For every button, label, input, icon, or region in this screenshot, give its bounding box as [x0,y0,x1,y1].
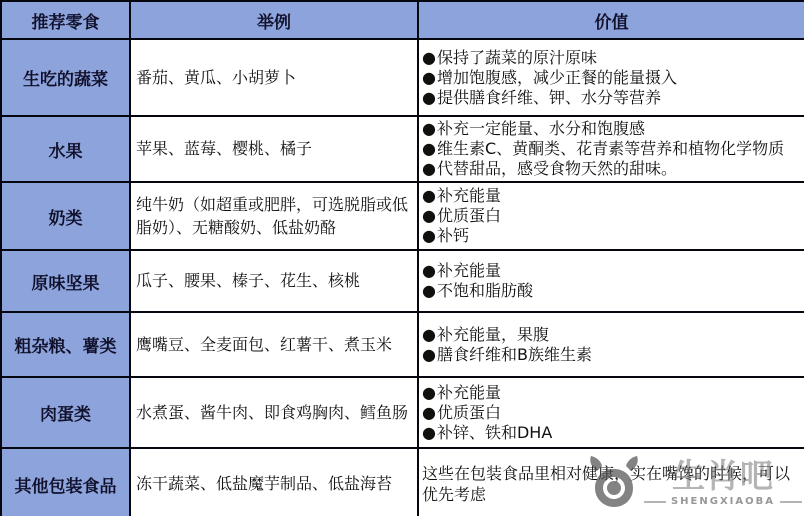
table-row: 其他包装食品 冻干蔬菜、低盐魔芋制品、低盐海苔 这些在包装食品里相对健康，实在嘴… [1,448,804,516]
category-label: 其他包装食品 [15,477,117,497]
value-item: ●补锌、铁和DHA [422,423,802,443]
value-item: ●膳食纤维和B族维生素 [422,345,802,365]
category-cell: 奶类 [1,182,130,250]
values-cell: ●补充能量●不饱和脂肪酸 [418,250,804,312]
table-row: 原味坚果 瓜子、腰果、榛子、花生、核桃 ●补充能量●不饱和脂肪酸 [1,250,804,312]
header-value: 价值 [418,1,804,39]
bullet-icon: ● [422,261,436,280]
bullet-icon: ● [422,206,436,225]
bullet-icon: ● [422,159,436,178]
value-item: ●维生素C、黄酮类、花青素等营养和植物化学物质 [422,139,802,159]
bullet-icon: ● [422,325,436,344]
examples-cell: 瓜子、腰果、榛子、花生、核桃 [130,250,418,312]
examples-text: 冻干蔬菜、低盐魔芋制品、低盐海苔 [136,474,392,493]
value-item: ●补充能量 [422,261,802,281]
examples-cell: 水煮蛋、酱牛肉、即食鸡胸肉、鳕鱼肠 [130,377,418,448]
examples-text: 瓜子、腰果、榛子、花生、核桃 [136,271,360,290]
value-item: ●代替甜品，感受食物天然的甜味。 [422,159,802,179]
examples-text: 番茄、黄瓜、小胡萝卜 [136,68,296,87]
value-item: ●优质蛋白 [422,403,802,423]
bullet-icon: ● [422,383,436,402]
table-row: 奶类 纯牛奶（如超重或肥胖，可选脱脂或低脂奶）、无糖酸奶、低盐奶酪 ●补充能量●… [1,182,804,250]
category-cell: 生吃的蔬菜 [1,39,130,116]
values-cell: ●补充能量●优质蛋白●补钙 [418,182,804,250]
table-row: 水果 苹果、蓝莓、樱桃、橘子 ●补充一定能量、水分和饱腹感●维生素C、黄酮类、花… [1,116,804,182]
value-item: ●优质蛋白 [422,206,802,226]
snack-table: 推荐零食 举例 价值 生吃的蔬菜 番茄、黄瓜、小胡萝卜 ●保持了蔬菜的原汁原味●… [0,0,804,516]
examples-cell: 纯牛奶（如超重或肥胖，可选脱脂或低脂奶）、无糖酸奶、低盐奶酪 [130,182,418,250]
category-cell: 其他包装食品 [1,448,130,516]
examples-cell: 冻干蔬菜、低盐魔芋制品、低盐海苔 [130,448,418,516]
category-cell: 粗杂粮、薯类 [1,312,130,377]
value-item: ●保持了蔬菜的原汁原味 [422,48,802,68]
bullet-icon: ● [422,226,436,245]
values-cell: ●补充能量●优质蛋白●补锌、铁和DHA [418,377,804,448]
values-cell: 这些在包装食品里相对健康，实在嘴馋的时候，可以优先考虑 [418,448,804,516]
values-cell: ●保持了蔬菜的原汁原味●增加饱腹感，减少正餐的能量摄入●提供膳食纤维、钾、水分等… [418,39,804,116]
category-label: 奶类 [49,209,83,229]
table-row: 肉蛋类 水煮蛋、酱牛肉、即食鸡胸肉、鳕鱼肠 ●补充能量●优质蛋白●补锌、铁和DH… [1,377,804,448]
category-label: 原味坚果 [32,274,100,294]
bullet-icon: ● [422,423,436,442]
value-item: ●补钙 [422,226,802,246]
bullet-icon: ● [422,119,436,138]
values-cell: ●补充能量，果腹●膳食纤维和B族维生素 [418,312,804,377]
bullet-icon: ● [422,186,436,205]
bullet-icon: ● [422,345,436,364]
category-label: 水果 [49,142,83,162]
category-cell: 水果 [1,116,130,182]
bullet-icon: ● [422,139,436,158]
category-label: 肉蛋类 [40,405,91,425]
value-item: ●提供膳食纤维、钾、水分等营养 [422,88,802,108]
table-row: 粗杂粮、薯类 鹰嘴豆、全麦面包、红薯干、煮玉米 ●补充能量，果腹●膳食纤维和B族… [1,312,804,377]
header-recommended-snacks: 推荐零食 [1,1,130,39]
examples-cell: 苹果、蓝莓、樱桃、橘子 [130,116,418,182]
examples-text: 水煮蛋、酱牛肉、即食鸡胸肉、鳕鱼肠 [136,403,408,422]
examples-cell: 番茄、黄瓜、小胡萝卜 [130,39,418,116]
header-examples: 举例 [130,1,418,39]
value-item: ●补充能量 [422,383,802,403]
table-row: 生吃的蔬菜 番茄、黄瓜、小胡萝卜 ●保持了蔬菜的原汁原味●增加饱腹感，减少正餐的… [1,39,804,116]
value-note: 这些在包装食品里相对健康，实在嘴馋的时候，可以优先考虑 [422,463,802,505]
bullet-icon: ● [422,48,436,67]
values-cell: ●补充一定能量、水分和饱腹感●维生素C、黄酮类、花青素等营养和植物化学物质●代替… [418,116,804,182]
bullet-icon: ● [422,88,436,107]
category-label: 粗杂粮、薯类 [15,337,117,357]
examples-text: 纯牛奶（如超重或肥胖，可选脱脂或低脂奶）、无糖酸奶、低盐奶酪 [136,195,408,237]
examples-text: 苹果、蓝莓、樱桃、橘子 [136,139,312,158]
value-item: ●不饱和脂肪酸 [422,281,802,301]
examples-text: 鹰嘴豆、全麦面包、红薯干、煮玉米 [136,335,392,354]
value-item: ●补充能量，果腹 [422,325,802,345]
examples-cell: 鹰嘴豆、全麦面包、红薯干、煮玉米 [130,312,418,377]
value-item: ●补充一定能量、水分和饱腹感 [422,119,802,139]
table-body: 生吃的蔬菜 番茄、黄瓜、小胡萝卜 ●保持了蔬菜的原汁原味●增加饱腹感，减少正餐的… [1,39,804,516]
value-item: ●补充能量 [422,186,802,206]
bullet-icon: ● [422,281,436,300]
category-cell: 肉蛋类 [1,377,130,448]
category-label: 生吃的蔬菜 [23,70,108,90]
header-row: 推荐零食 举例 价值 [1,1,804,39]
category-cell: 原味坚果 [1,250,130,312]
bullet-icon: ● [422,403,436,422]
bullet-icon: ● [422,68,436,87]
value-item: ●增加饱腹感，减少正餐的能量摄入 [422,68,802,88]
table-header: 推荐零食 举例 价值 [1,1,804,39]
